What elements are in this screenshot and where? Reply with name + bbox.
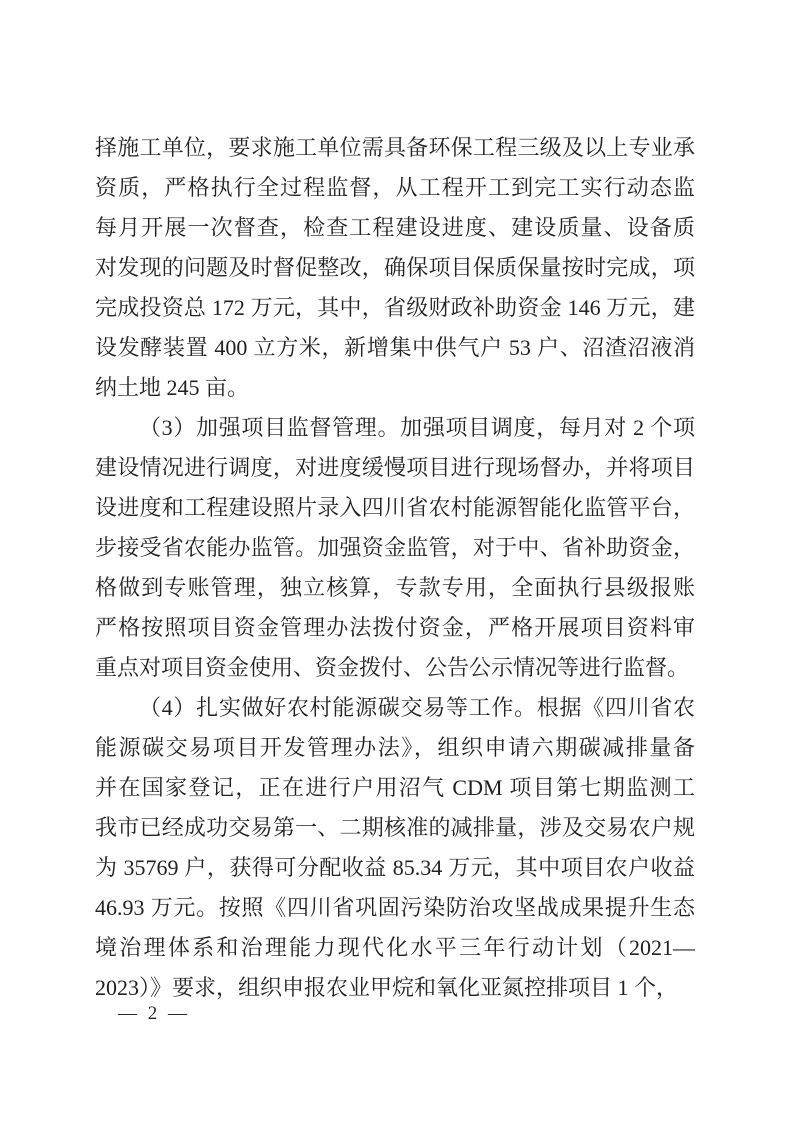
text-line: 严格按照项目资金管理办法拨付资金，严格开展项目资料审查， [95,608,695,648]
text-line: 能源碳交易项目开发管理办法》，组织申请六期碳减排量备案， [95,728,695,768]
text-line: 重点对项目资金使用、资金拨付、公告公示情况等进行监督。 [95,648,695,688]
text-line: 每月开展一次督查，检查工程建设进度、建设质量、设备质量， [95,208,695,248]
text-line: 格做到专账管理，独立核算，专款专用，全面执行县级报账制， [95,568,695,608]
text-line: 资质，严格执行全过程监督，从工程开工到完工实行动态监督， [95,168,695,208]
text-line: 并在国家登记，正在进行户用沼气 CDM 项目第七期监测工作。 [95,768,695,808]
text-line: 纳土地 245 亩。 [95,368,695,408]
text-line: 建设情况进行调度，对进度缓慢项目进行现场督办，并将项目建 [95,448,695,488]
text-line: 境治理体系和治理能力现代化水平三年行动计划（2021— [95,928,695,968]
text-line: 为 35769 户，获得可分配收益 85.34 万元，其中项目农户收益 [95,848,695,888]
text-line: 设进度和工程建设照片录入四川省农村能源智能化监管平台，同 [95,488,695,528]
text-line: 完成投资总 172 万元，其中，省级财政补助资金 146 万元，建 [95,288,695,328]
text-line: 步接受省农能办监管。加强资金监管，对于中、省补助资金，严 [95,528,695,568]
document-body: 择施工单位，要求施工单位需具备环保工程三级及以上专业承包 资质，严格执行全过程监… [95,128,695,1008]
paragraph: （3）加强项目监督管理。加强项目调度，每月对 2 个项目 建设情况进行调度，对进… [95,408,695,688]
paragraph: 择施工单位，要求施工单位需具备环保工程三级及以上专业承包 资质，严格执行全过程监… [95,128,695,408]
text-line: 对发现的问题及时督促整改，确保项目保质保量按时完成，项目 [95,248,695,288]
text-line: 46.93 万元。按照《四川省巩固污染防治攻坚战成果提升生态环 [95,888,695,928]
text-line: （3）加强项目监督管理。加强项目调度，每月对 2 个项目 [95,408,695,448]
document-page: 择施工单位，要求施工单位需具备环保工程三级及以上专业承包 资质，严格执行全过程监… [0,0,793,1122]
text-line: 设发酵装置 400 立方米，新增集中供气户 53 户、沼渣沼液消 [95,328,695,368]
text-line: （4）扎实做好农村能源碳交易等工作。根据《四川省农村 [95,688,695,728]
paragraph: （4）扎实做好农村能源碳交易等工作。根据《四川省农村 能源碳交易项目开发管理办法… [95,688,695,1008]
text-line: 择施工单位，要求施工单位需具备环保工程三级及以上专业承包 [95,128,695,168]
page-number-footer: — 2 — [118,1000,190,1028]
text-line: 我市已经成功交易第一、二期核准的减排量，涉及交易农户规模 [95,808,695,848]
